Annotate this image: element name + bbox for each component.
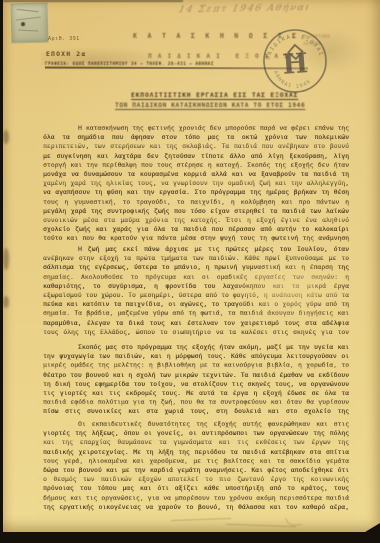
stamp-squiggle bbox=[17, 9, 39, 12]
body-paragraph-2: Η ζωή μας εκεί πάνω άρχισε με τις πρώτες… bbox=[43, 245, 349, 338]
document-page: 14 Σεπτ 1946 Αθήναι Αριθ. 391 ΕΠΟΧΗ 2α Κ… bbox=[3, 0, 380, 532]
body-paragraph-3: Σκοπός μας στο πρόγραμμα της εξοχής ήταν… bbox=[43, 343, 349, 417]
handwritten-date: 14 Σεπτ 1946 Αθήναι bbox=[178, 2, 311, 15]
pencil-stroke bbox=[226, 524, 296, 527]
body-paragraph-1: Η κατασκήνωση της φετινής χρονιάς δεν μπ… bbox=[43, 124, 349, 244]
scan-edge-streak bbox=[3, 0, 183, 2]
letterhead-address: ΓΡΑΦΕΙΑ: ΟΔΟΣ ΠΑΝΕΠΙΣΤΗΜΙΟΥ 34 — ΤΗΛΕΦ. … bbox=[45, 61, 214, 66]
round-stamp-icon: ΠΑΙΔΙΚΑΙ ΕΞΟΧΑΙ ΑΘΗΝΑΙ 1946 Η bbox=[258, 24, 333, 99]
round-stamp-monogram: Η bbox=[281, 48, 309, 81]
scan-smudge bbox=[3, 130, 9, 144]
stamp-squiggle bbox=[18, 30, 38, 32]
pencil-stroke bbox=[171, 518, 231, 521]
stamp-ink-dot bbox=[21, 22, 25, 26]
stamp-squiggle bbox=[16, 17, 41, 21]
document-title-line2: ΤΩΝ ΠΑΙΔΙΚΩΝ ΚΑΤΑΣΚΗΝΩΣΕΩΝ ΚΑΤΑ ΤΟ ΕΤΟΣ … bbox=[115, 102, 305, 109]
document-title-line1: ΕΚΠΟΛΙΤΙΣΤΙΚΗ ΕΡΓΑΣΙΑ ΕΙΣ ΤΑΣ ΕΞΟΧΑΣ bbox=[131, 91, 298, 99]
scan-smudge bbox=[3, 248, 9, 270]
period-label: ΕΠΟΧΗ 2α bbox=[46, 50, 86, 58]
archive-stamp-icon bbox=[10, 3, 48, 44]
reference-number: Αριθ. 391 bbox=[48, 36, 80, 42]
pencil-marks bbox=[171, 515, 311, 533]
scan-smudge bbox=[3, 296, 9, 308]
body-paragraph-4: Οι εκπαιδευτικές δυνατότητες της εξοχής … bbox=[43, 420, 349, 513]
